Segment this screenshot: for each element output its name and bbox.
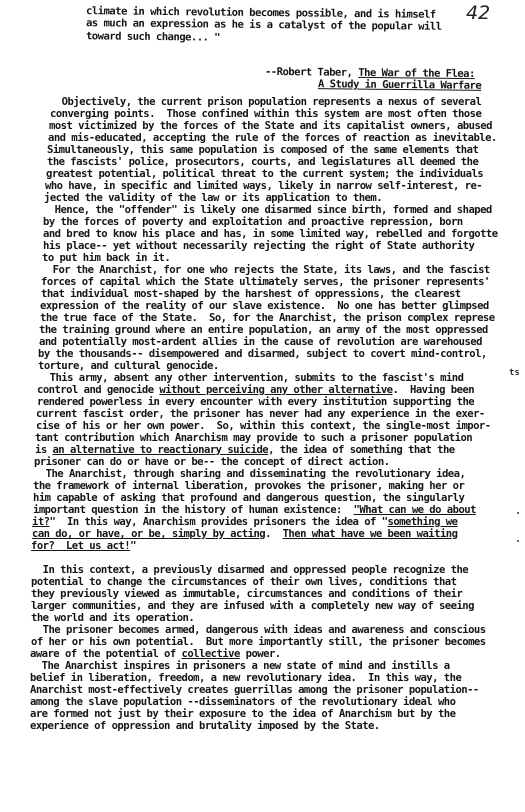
body-line: Anarchist most-effectively creates guerr… bbox=[30, 684, 479, 696]
margin-note: ts bbox=[509, 368, 520, 378]
body-line: current fascist order, the prisoner has … bbox=[36, 408, 485, 420]
underlined-phrase: without perceiving any other alternative bbox=[159, 384, 392, 396]
body-line: of her or his own potential. But more im… bbox=[31, 636, 486, 648]
body-line: who have, in specific and limited ways, … bbox=[45, 180, 482, 192]
body-line: it?" In this way, Anarchism provides pri… bbox=[32, 516, 457, 528]
body-line: cise of his or her own power. So, within… bbox=[36, 420, 491, 432]
body-line: torture, and cultural genocide. bbox=[38, 360, 219, 372]
body-line: The Anarchist inspires in prisoners a ne… bbox=[30, 660, 450, 672]
body-line: Simultaneously, this same population is … bbox=[47, 144, 478, 156]
scan-speck bbox=[517, 512, 519, 514]
body-line: Objectively, the current prison populati… bbox=[50, 96, 481, 108]
body-line: the training ground where an entire popu… bbox=[39, 324, 488, 336]
quote-attribution-subtitle: A Study in Guerrilla Warfare bbox=[318, 78, 481, 92]
body-line: greatest potential, political threat to … bbox=[46, 168, 483, 180]
document-page: 42 climate in which revolution becomes p… bbox=[0, 0, 525, 812]
body-line: can do, or have, or be, simply by acting… bbox=[32, 528, 457, 540]
body-line: to put him back in it. bbox=[42, 252, 170, 264]
body-line: most victimized by the forces of the Sta… bbox=[49, 120, 492, 132]
body-line: the world and its operation. bbox=[31, 612, 194, 624]
body-line: aware of the potential of collective pow… bbox=[30, 648, 281, 660]
body-line: and potentially most-ardent allies in th… bbox=[39, 336, 482, 348]
body-line: the framework of internal liberation, pr… bbox=[33, 480, 464, 492]
body-line: him capable of asking that profound and … bbox=[33, 492, 464, 504]
underlined-phrase: collective bbox=[182, 648, 240, 660]
body-line: is an alternative to reactionary suicide… bbox=[35, 444, 455, 456]
body-line: belief in liberation, freedom, a new rev… bbox=[30, 672, 461, 684]
body-line: by the forces of poverty and exploitatio… bbox=[43, 216, 463, 228]
body-line: The Anarchist, through sharing and disse… bbox=[34, 468, 465, 480]
body-line: rendered powerless in every encounter wi… bbox=[37, 396, 474, 408]
body-line: larger communities, and they are infused… bbox=[31, 600, 474, 612]
body-line: forces of capital which the State ultima… bbox=[41, 276, 490, 288]
body-line: control and genocide without perceiving … bbox=[37, 384, 474, 396]
body-line: This army, absent any other intervention… bbox=[38, 372, 463, 384]
body-line: and mis-educated, accepting the rule of … bbox=[48, 132, 497, 144]
quote-line: toward such change... " bbox=[86, 30, 220, 43]
attribution-author: --Robert Taber, bbox=[265, 66, 358, 79]
page-number: 42 bbox=[466, 2, 490, 24]
body-line: The prisoner becomes armed, dangerous wi… bbox=[31, 624, 486, 636]
body-line: expression of the reality of our slave e… bbox=[40, 300, 489, 312]
body-line: tant contribution which Anarchism may pr… bbox=[35, 432, 472, 444]
underlined-phrase: an alternative to reactionary suicide bbox=[52, 444, 268, 456]
body-line: his place-- yet without necessarily reje… bbox=[43, 240, 474, 252]
body-line: jected the validity of the law or its ap… bbox=[44, 192, 382, 204]
underlined-phrase: "What can we do about bbox=[354, 504, 476, 516]
body-line: they previously viewed as immutable, cir… bbox=[31, 588, 462, 600]
body-line: Hence, the "offender" is likely one disa… bbox=[43, 204, 492, 216]
body-line: important question in the history of hum… bbox=[33, 504, 476, 516]
scan-speck bbox=[517, 540, 519, 542]
body-line: the fascists' police, prosecutors, court… bbox=[47, 156, 478, 168]
body-line: the true face of the State. So, for the … bbox=[40, 312, 495, 324]
body-line: prisoner can do or have or be-- the conc… bbox=[34, 456, 390, 468]
body-line: among the slave population --disseminato… bbox=[30, 696, 455, 708]
body-line: for? Let us act!" bbox=[31, 540, 136, 552]
body-line: by the thousands-- disempowered and disa… bbox=[38, 348, 487, 360]
body-line: potential to change the circumstances of… bbox=[31, 576, 456, 588]
body-line: For the Anarchist, for one who rejects t… bbox=[41, 264, 490, 276]
body-line: experience of oppression and brutality i… bbox=[30, 720, 380, 732]
body-line: that individual most-shaped by the harsh… bbox=[41, 288, 461, 300]
body-line: In this context, a previously disarmed a… bbox=[31, 564, 468, 576]
body-line: and bred to know his place and has, in s… bbox=[43, 228, 498, 240]
body-line: are formed not just by their exposure to… bbox=[30, 708, 455, 720]
body-line: converging points. Those confined within… bbox=[50, 108, 481, 120]
